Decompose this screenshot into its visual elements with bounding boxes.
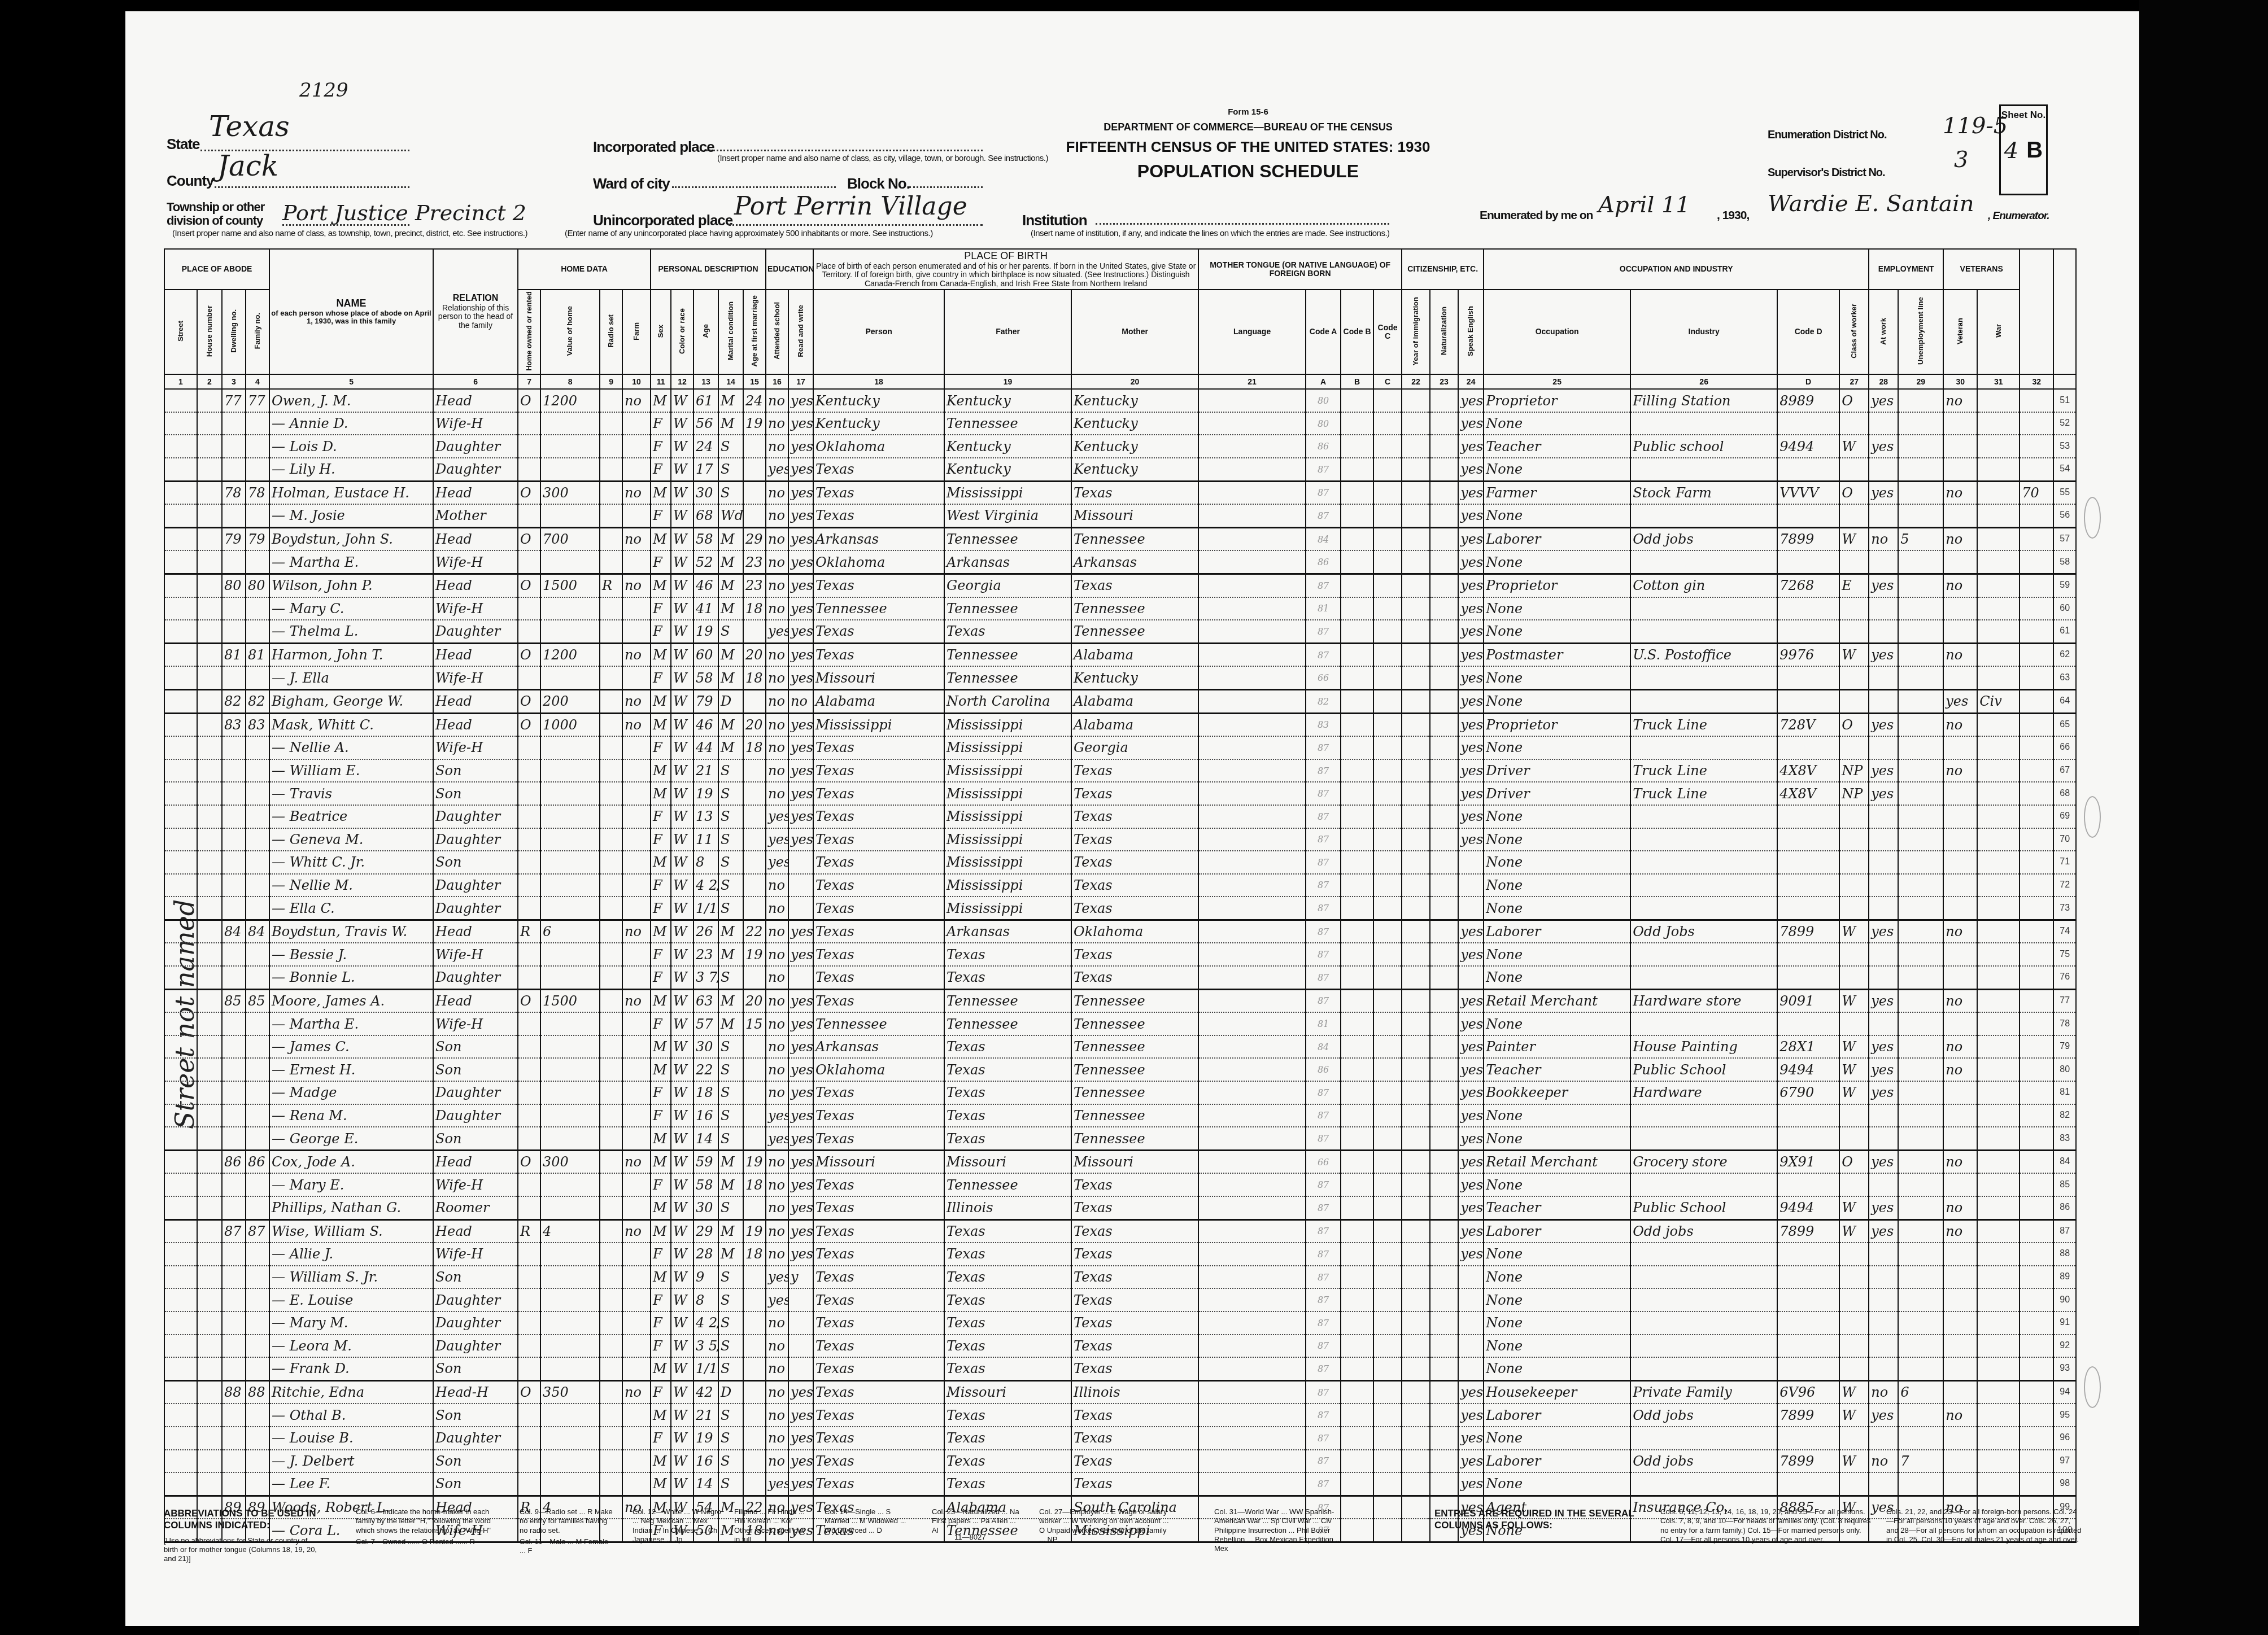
footer-col31: Col. 31—World War ... WW Spanish-America… xyxy=(1214,1507,1344,1553)
cell-work xyxy=(1869,736,1898,759)
cell-dw: 85 xyxy=(222,989,246,1012)
cell-fbp: Kentucky xyxy=(944,458,1071,481)
cell-fbp: Mississippi xyxy=(944,759,1071,782)
cell-fam xyxy=(246,1312,269,1335)
cell-eng: yes xyxy=(1458,666,1484,689)
cell-own xyxy=(518,851,540,874)
cell-farm xyxy=(622,435,651,458)
subheader: Radio set xyxy=(600,290,622,374)
cell-agem xyxy=(743,1035,766,1059)
cell-imm xyxy=(1402,874,1430,897)
cell-bp: Texas xyxy=(813,759,944,782)
cell-war xyxy=(1977,1150,2020,1173)
cell-lang xyxy=(1198,1335,1306,1358)
cell-work xyxy=(1869,666,1898,689)
cell-agem xyxy=(743,1081,766,1104)
cell-ind xyxy=(1630,1173,1777,1196)
cell-line: 62 xyxy=(2053,643,2076,666)
cell-street xyxy=(164,527,197,550)
cell-line: 64 xyxy=(2053,689,2076,713)
cell-codeC xyxy=(1373,851,1402,874)
cell-work xyxy=(1869,897,1898,920)
cell-name: Holman, Eustace H. xyxy=(269,481,433,504)
cell-codeC xyxy=(1373,435,1402,458)
cell-fbp: Tennessee xyxy=(944,597,1071,620)
cell-val xyxy=(540,412,600,435)
cell-age: 18 xyxy=(694,1081,718,1104)
cell-bp: Texas xyxy=(813,943,944,966)
cell-vet: no xyxy=(1943,527,1977,550)
cell-street xyxy=(164,851,197,874)
cell-line: 83 xyxy=(2053,1127,2076,1150)
cell-mar: S xyxy=(718,851,743,874)
cell-radio xyxy=(600,1472,622,1496)
cell-name: — Lily H. xyxy=(269,458,433,481)
cell-codeB xyxy=(1341,920,1373,943)
sheet-label: Sheet No. xyxy=(2001,110,2046,121)
cell-cls xyxy=(1839,736,1869,759)
cell-radio xyxy=(600,782,622,805)
cell-farm xyxy=(622,1427,651,1450)
cell-house xyxy=(197,1035,222,1059)
cell-farm xyxy=(622,874,651,897)
cell-val xyxy=(540,597,600,620)
cell-fbp: Georgia xyxy=(944,574,1071,597)
cell-age: 16 xyxy=(694,1450,718,1473)
cell-fam xyxy=(246,1173,269,1196)
cell-name: — Nellie M. xyxy=(269,874,433,897)
cell-radio: R xyxy=(600,574,622,597)
cell-fbp: North Carolina xyxy=(944,689,1071,713)
cell-farm xyxy=(622,1173,651,1196)
cell-rel: Wife-H xyxy=(433,1012,518,1035)
cell-work xyxy=(1869,1472,1898,1496)
cell-lang xyxy=(1198,851,1306,874)
cell-bp: Texas xyxy=(813,481,944,504)
cell-cls: W xyxy=(1839,1380,1869,1404)
cell-fam xyxy=(246,1127,269,1150)
cell-code: 87 xyxy=(1306,920,1341,943)
cell-occ: None xyxy=(1484,966,1630,989)
cell-sch: no xyxy=(766,782,788,805)
cell-codeC xyxy=(1373,828,1402,851)
cell-fs xyxy=(2020,574,2053,597)
cell-sex: M xyxy=(651,1357,671,1380)
cell-rel: Head xyxy=(433,481,518,504)
header-line xyxy=(2053,249,2076,374)
cell-nat xyxy=(1430,1357,1458,1380)
cell-own xyxy=(518,1357,540,1380)
cell-fs xyxy=(2020,504,2053,527)
cell-vet: no xyxy=(1943,574,1977,597)
cell-codeC xyxy=(1373,527,1402,550)
cell-rw: yes xyxy=(788,1127,813,1150)
cell-agem: 23 xyxy=(743,574,766,597)
subheader: Father xyxy=(944,290,1071,374)
block-label: Block No. xyxy=(847,175,910,193)
cell-fam: 81 xyxy=(246,643,269,666)
cell-war xyxy=(1977,920,2020,943)
cell-lang xyxy=(1198,1081,1306,1104)
table-row: — Whitt C. Jr.SonMW8SyesTexasMississippi… xyxy=(164,851,2076,874)
cell-mbp: Texas xyxy=(1071,1196,1198,1219)
cell-val xyxy=(540,897,600,920)
cell-nat xyxy=(1430,782,1458,805)
cell-sch: yes xyxy=(766,1104,788,1127)
cell-vet xyxy=(1943,805,1977,828)
cell-codeC xyxy=(1373,1357,1402,1380)
cell-own xyxy=(518,736,540,759)
cell-line: 80 xyxy=(2053,1058,2076,1081)
cell-unemp xyxy=(1898,620,1943,643)
cell-mar: M xyxy=(718,1150,743,1173)
cell-agem xyxy=(743,966,766,989)
cell-nat xyxy=(1430,1472,1458,1496)
cell-sex: F xyxy=(651,1104,671,1127)
cell-work xyxy=(1869,874,1898,897)
cell-race: W xyxy=(671,527,694,550)
cell-race: W xyxy=(671,597,694,620)
cell-dw xyxy=(222,1266,246,1289)
cell-fbp: Tennessee xyxy=(944,412,1071,435)
cell-unemp xyxy=(1898,1173,1943,1196)
cell-mar: M xyxy=(718,1173,743,1196)
cell-fbp: Mississippi xyxy=(944,782,1071,805)
cell-radio xyxy=(600,1196,622,1219)
cell-ind: Odd jobs xyxy=(1630,527,1777,550)
cell-fs xyxy=(2020,458,2053,481)
cell-radio xyxy=(600,736,622,759)
enumerated-date: April 11 xyxy=(1598,192,1690,218)
cell-eng: yes xyxy=(1458,805,1484,828)
cell-house xyxy=(197,1427,222,1450)
column-number: 2 xyxy=(197,374,222,389)
cell-house xyxy=(197,389,222,412)
cell-codeD xyxy=(1777,897,1839,920)
cell-race: W xyxy=(671,989,694,1012)
cell-eng xyxy=(1458,874,1484,897)
cell-dw xyxy=(222,1058,246,1081)
cell-radio xyxy=(600,1243,622,1266)
cell-code: 87 xyxy=(1306,1266,1341,1289)
cell-codeD xyxy=(1777,1335,1839,1358)
cell-occ: Bookkeeper xyxy=(1484,1081,1630,1104)
table-row: — J. DelbertSonMW16SnoyesTexasTexasTexas… xyxy=(164,1450,2076,1473)
cell-sex: F xyxy=(651,1335,671,1358)
cell-codeC xyxy=(1373,389,1402,412)
cell-codeD xyxy=(1777,666,1839,689)
cell-fs xyxy=(2020,782,2053,805)
cell-codeC xyxy=(1373,1472,1402,1496)
cell-nat xyxy=(1430,1404,1458,1427)
cell-rel: Head xyxy=(433,689,518,713)
cell-vet xyxy=(1943,1312,1977,1335)
column-number xyxy=(2053,374,2076,389)
cell-code: 87 xyxy=(1306,458,1341,481)
cell-farm xyxy=(622,1081,651,1104)
cell-imm xyxy=(1402,920,1430,943)
cell-lang xyxy=(1198,713,1306,736)
cell-mbp: Alabama xyxy=(1071,689,1198,713)
cell-fam xyxy=(246,1012,269,1035)
cell-cls: W xyxy=(1839,989,1869,1012)
cell-mbp: Kentucky xyxy=(1071,389,1198,412)
cell-name: — Bessie J. xyxy=(269,943,433,966)
cell-codeB xyxy=(1341,481,1373,504)
cell-house xyxy=(197,1312,222,1335)
cell-radio xyxy=(600,828,622,851)
cell-bp: Texas xyxy=(813,989,944,1012)
cell-sch: no xyxy=(766,574,788,597)
cell-fbp: Mississippi xyxy=(944,736,1071,759)
cell-work xyxy=(1869,1312,1898,1335)
cell-imm xyxy=(1402,1035,1430,1059)
cell-sex: M xyxy=(651,643,671,666)
cell-bp: Texas xyxy=(813,643,944,666)
cell-fs xyxy=(2020,1288,2053,1312)
cell-fam xyxy=(246,550,269,574)
cell-sex: M xyxy=(651,1219,671,1243)
cell-agem xyxy=(743,435,766,458)
cell-sex: M xyxy=(651,1127,671,1150)
cell-mbp: Kentucky xyxy=(1071,458,1198,481)
cell-fam: 77 xyxy=(246,389,269,412)
cell-race: W xyxy=(671,851,694,874)
cell-mar: S xyxy=(718,1450,743,1473)
cell-cls xyxy=(1839,1427,1869,1450)
cell-radio xyxy=(600,1104,622,1127)
table-row: — TravisSonMW19SnoyesTexasMississippiTex… xyxy=(164,782,2076,805)
cell-house xyxy=(197,1380,222,1404)
cell-race: W xyxy=(671,828,694,851)
cell-agem: 15 xyxy=(743,1012,766,1035)
column-number: 21 xyxy=(1198,374,1306,389)
cell-code: 87 xyxy=(1306,874,1341,897)
cell-rw: yes xyxy=(788,759,813,782)
cell-unemp xyxy=(1898,943,1943,966)
cell-ind xyxy=(1630,1243,1777,1266)
incorporated-hint: (Insert proper name and also name of cla… xyxy=(717,154,1048,163)
cell-fbp: West Virginia xyxy=(944,504,1071,527)
cell-ind: House Painting xyxy=(1630,1035,1777,1059)
cell-val xyxy=(540,782,600,805)
cell-fbp: Mississippi xyxy=(944,828,1071,851)
cell-nat xyxy=(1430,1035,1458,1059)
cell-sex: M xyxy=(651,574,671,597)
cell-dw xyxy=(222,1472,246,1496)
cell-work: no xyxy=(1869,1380,1898,1404)
cell-imm xyxy=(1402,481,1430,504)
cell-line: 92 xyxy=(2053,1335,2076,1358)
subheader: Home owned or rented xyxy=(518,290,540,374)
cell-cls xyxy=(1839,1104,1869,1127)
cell-occ: Painter xyxy=(1484,1035,1630,1059)
cell-name: — Thelma L. xyxy=(269,620,433,643)
cell-cls xyxy=(1839,689,1869,713)
header-birth-desc: Place of birth of each person enumerated… xyxy=(815,262,1197,288)
cell-work xyxy=(1869,458,1898,481)
cell-mar: S xyxy=(718,897,743,920)
cell-code: 87 xyxy=(1306,1288,1341,1312)
cell-imm xyxy=(1402,1150,1430,1173)
cell-fs xyxy=(2020,1035,2053,1059)
cell-codeC xyxy=(1373,782,1402,805)
cell-house xyxy=(197,550,222,574)
cell-occ: Laborer xyxy=(1484,1450,1630,1473)
cell-code: 87 xyxy=(1306,1219,1341,1243)
cell-sch: yes xyxy=(766,828,788,851)
cell-mar: M xyxy=(718,989,743,1012)
cell-mar: S xyxy=(718,1058,743,1081)
cell-sch: no xyxy=(766,1380,788,1404)
cell-war xyxy=(1977,643,2020,666)
cell-val xyxy=(540,550,600,574)
cell-codeC xyxy=(1373,597,1402,620)
cell-rw: yes xyxy=(788,550,813,574)
cell-radio xyxy=(600,504,622,527)
unincorporated-value: Port Perrin Village xyxy=(734,192,967,221)
cell-race: W xyxy=(671,805,694,828)
cell-rw: yes xyxy=(788,713,813,736)
cell-codeD xyxy=(1777,550,1839,574)
cell-lang xyxy=(1198,920,1306,943)
cell-dw: 84 xyxy=(222,920,246,943)
cell-lang xyxy=(1198,1288,1306,1312)
census-rows: 7777Owen, J. M.HeadO1200noMW61M24noyesKe… xyxy=(164,389,2076,1542)
cell-mar: M xyxy=(718,1012,743,1035)
cell-val xyxy=(540,1104,600,1127)
cell-mar: S xyxy=(718,1335,743,1358)
cell-street xyxy=(164,1266,197,1289)
cell-street xyxy=(164,943,197,966)
cell-lang xyxy=(1198,1035,1306,1059)
cell-bp: Missouri xyxy=(813,666,944,689)
cell-codeB xyxy=(1341,1035,1373,1059)
cell-imm xyxy=(1402,1081,1430,1104)
cell-rw: yes xyxy=(788,782,813,805)
cell-mbp: Texas xyxy=(1071,966,1198,989)
cell-imm xyxy=(1402,1288,1430,1312)
cell-val: 700 xyxy=(540,527,600,550)
cell-occ: Teacher xyxy=(1484,435,1630,458)
cell-agem xyxy=(743,689,766,713)
cell-sex: F xyxy=(651,1081,671,1104)
cell-farm: no xyxy=(622,1219,651,1243)
cell-radio xyxy=(600,527,622,550)
cell-val xyxy=(540,1173,600,1196)
subheader: House number xyxy=(197,290,222,374)
cell-mar: M xyxy=(718,527,743,550)
header-name-desc: of each person whose place of abode on A… xyxy=(271,309,431,326)
cell-lang xyxy=(1198,1472,1306,1496)
cell-race: W xyxy=(671,1450,694,1473)
cell-codeD: 9494 xyxy=(1777,1196,1839,1219)
cell-race: W xyxy=(671,1288,694,1312)
cell-line: 56 xyxy=(2053,504,2076,527)
cell-mbp: Oklahoma xyxy=(1071,920,1198,943)
cell-own: O xyxy=(518,643,540,666)
cell-imm xyxy=(1402,412,1430,435)
cell-bp: Texas xyxy=(813,920,944,943)
cell-imm xyxy=(1402,689,1430,713)
cell-val: 4 xyxy=(540,1219,600,1243)
cell-rel: Daughter xyxy=(433,897,518,920)
cell-vet: yes xyxy=(1943,689,1977,713)
cell-codeC xyxy=(1373,1035,1402,1059)
cell-own xyxy=(518,1450,540,1473)
cell-fbp: Mississippi xyxy=(944,851,1071,874)
cell-unemp xyxy=(1898,828,1943,851)
cell-own: R xyxy=(518,920,540,943)
cell-mar: S xyxy=(718,805,743,828)
cell-bp: Texas xyxy=(813,1288,944,1312)
cell-rel: Daughter xyxy=(433,1312,518,1335)
cell-house xyxy=(197,1266,222,1289)
binding-hole xyxy=(2084,497,2101,539)
cell-fam xyxy=(246,851,269,874)
cell-cls xyxy=(1839,1312,1869,1335)
cell-name: Wilson, John P. xyxy=(269,574,433,597)
header-name-title: NAME xyxy=(271,298,431,309)
cell-unemp xyxy=(1898,574,1943,597)
cell-rel: Son xyxy=(433,1357,518,1380)
cell-codeD xyxy=(1777,851,1839,874)
cell-codeB xyxy=(1341,389,1373,412)
cell-mar: S xyxy=(718,782,743,805)
cell-own: O xyxy=(518,574,540,597)
cell-farm xyxy=(622,412,651,435)
cell-lang xyxy=(1198,1404,1306,1427)
cell-race: W xyxy=(671,1219,694,1243)
cell-rw: yes xyxy=(788,1472,813,1496)
cell-line: 74 xyxy=(2053,920,2076,943)
cell-fam xyxy=(246,943,269,966)
cell-codeD xyxy=(1777,943,1839,966)
footer-entries-1: Cols. 6, 11, 12, 13, 14, 16, 18, 19, 20,… xyxy=(1660,1507,1875,1544)
cell-line: 79 xyxy=(2053,1035,2076,1059)
cell-line: 81 xyxy=(2053,1081,2076,1104)
cell-lang xyxy=(1198,1058,1306,1081)
cell-own xyxy=(518,1472,540,1496)
cell-bp: Texas xyxy=(813,828,944,851)
cell-work: yes xyxy=(1869,1196,1898,1219)
cell-street xyxy=(164,435,197,458)
cell-farm xyxy=(622,1288,651,1312)
cell-war xyxy=(1977,1035,2020,1059)
cell-codeC xyxy=(1373,966,1402,989)
cell-nat xyxy=(1430,736,1458,759)
cell-mbp: Kentucky xyxy=(1071,435,1198,458)
cell-mbp: Georgia xyxy=(1071,736,1198,759)
cell-mbp: Texas xyxy=(1071,1219,1198,1243)
table-row: 8686Cox, Jode A.HeadO300noMW59M19noyesMi… xyxy=(164,1150,2076,1173)
cell-vet xyxy=(1943,458,1977,481)
cell-agem: 24 xyxy=(743,389,766,412)
cell-line: 61 xyxy=(2053,620,2076,643)
cell-ind: Grocery store xyxy=(1630,1150,1777,1173)
cell-unemp xyxy=(1898,550,1943,574)
cell-rel: Daughter xyxy=(433,874,518,897)
cell-code: 87 xyxy=(1306,1104,1341,1127)
cell-rel: Head xyxy=(433,713,518,736)
cell-ind xyxy=(1630,597,1777,620)
cell-war xyxy=(1977,1427,2020,1450)
cell-own xyxy=(518,943,540,966)
cell-line: 97 xyxy=(2053,1450,2076,1473)
cell-agem: 19 xyxy=(743,1219,766,1243)
cell-name: — Ernest H. xyxy=(269,1058,433,1081)
cell-code: 80 xyxy=(1306,389,1341,412)
